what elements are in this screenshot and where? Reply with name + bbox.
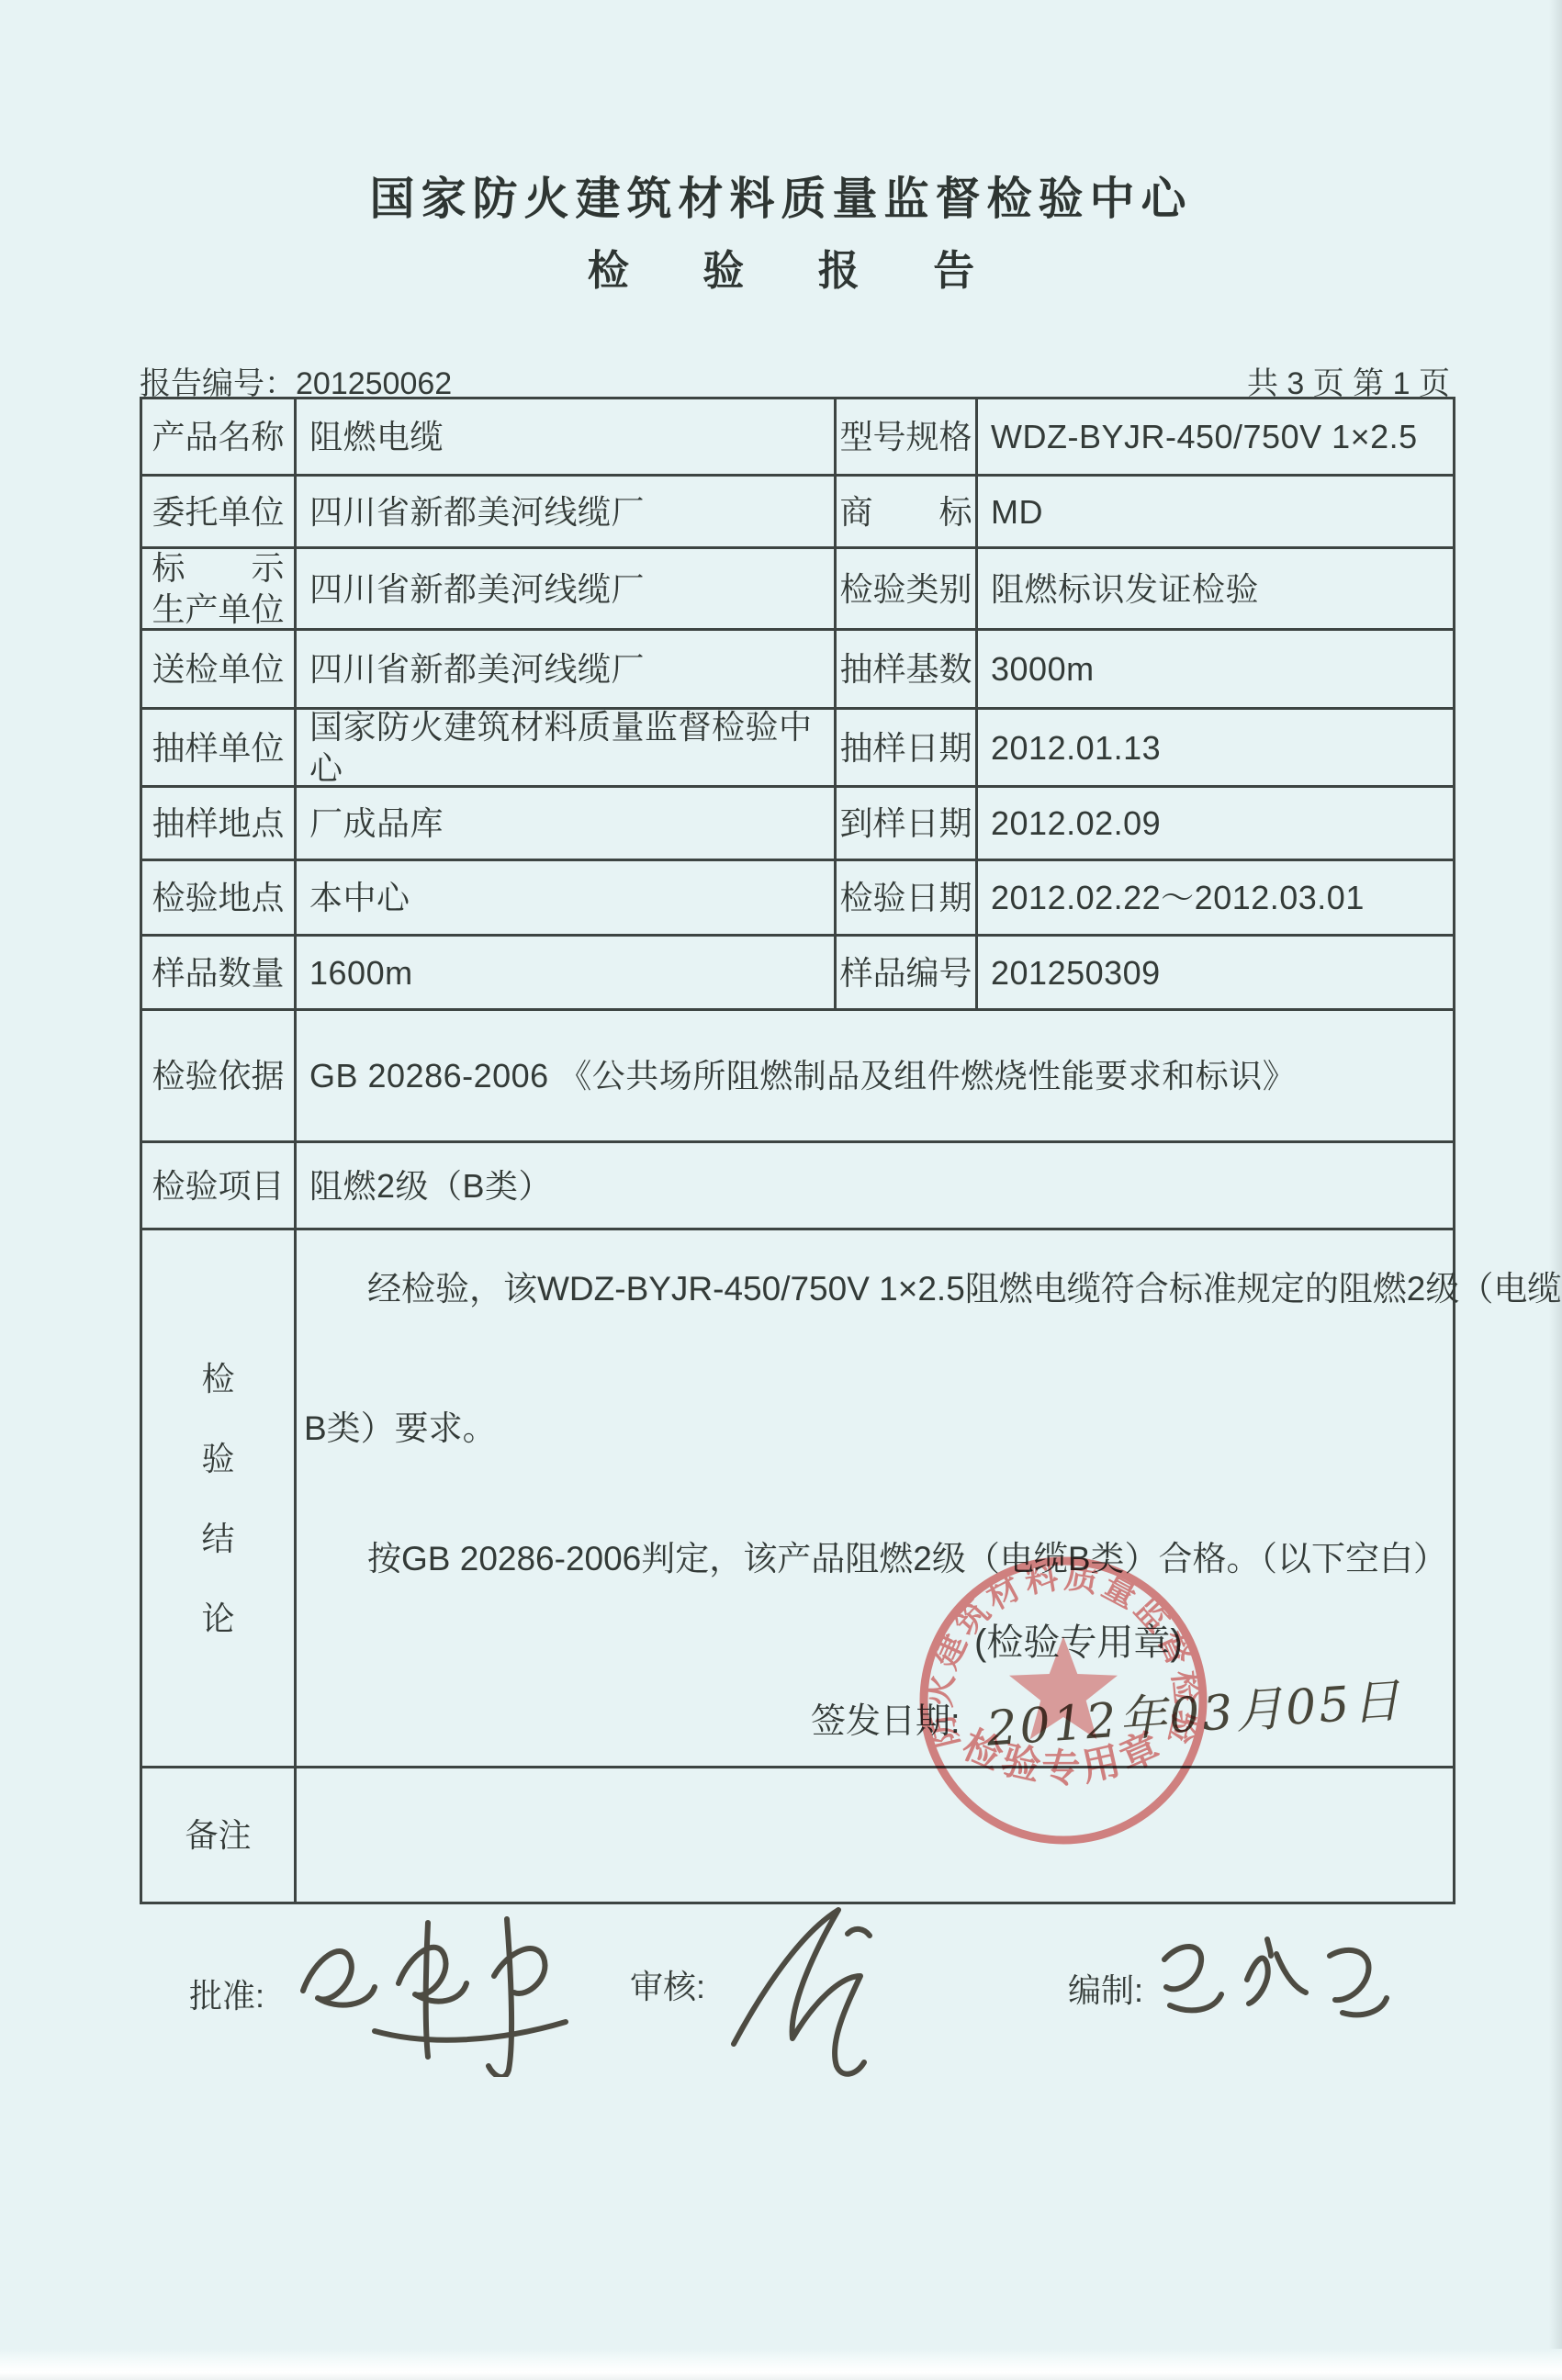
items-label: 检验项目	[142, 1143, 297, 1230]
cell-value: 阻燃标识发证检验	[978, 549, 1453, 631]
cell-value: 四川省新都美河线缆厂	[297, 549, 837, 631]
page-subtitle: 检 验 报 告	[0, 237, 1562, 297]
cell-value: 国家防火建筑材料质量监督检验中心	[297, 710, 837, 788]
remarks-value	[297, 1768, 1453, 1902]
remarks-label: 备注	[142, 1768, 297, 1902]
cell-value: 四川省新都美河线缆厂	[297, 477, 837, 549]
conclusion-body: 经检验，该WDZ-BYJR-450/750V 1×2.5阻燃电缆符合标准规定的阻…	[297, 1230, 1453, 1768]
cell-value: 3000m	[978, 631, 1453, 710]
conclusion-label: 检 验 结 论	[142, 1230, 297, 1768]
cell-label: 送检单位	[142, 631, 297, 710]
report-table: 产品名称 阻燃电缆 型号规格 WDZ-BYJR-450/750V 1×2.5 委…	[140, 397, 1455, 1904]
cell-label: 检验类别	[837, 549, 978, 631]
cell-label: 抽样日期	[837, 710, 978, 788]
cell-value: 四川省新都美河线缆厂	[297, 631, 837, 710]
prepare-label: 编制:	[1068, 1965, 1143, 2012]
review-label: 审核:	[630, 1961, 705, 2008]
cell-value: 本中心	[297, 861, 837, 937]
prepare-signature	[1150, 1928, 1398, 2034]
basis-label: 检验依据	[142, 1011, 297, 1143]
cell-value: 2012.02.09	[978, 788, 1453, 861]
approve-signature	[290, 1903, 593, 2077]
handwritten-issue-date: 2012年03月05日	[984, 1671, 1404, 1759]
cell-label: 样品编号	[837, 937, 978, 1011]
issue-date-label: 签发日期:	[811, 1701, 961, 1745]
cell-label: 样品数量	[142, 937, 297, 1011]
page-title: 国家防火建筑材料质量监督检验中心	[0, 163, 1562, 228]
items-value: 阻燃2级（B类）	[297, 1143, 1453, 1230]
cell-label: 检验地点	[142, 861, 297, 937]
cell-label: 抽样基数	[837, 631, 978, 710]
conclusion-line-1: 经检验，该WDZ-BYJR-450/750V 1×2.5阻燃电缆符合标准规定的阻…	[367, 1268, 1561, 1310]
cell-label: 标 示 生产单位	[142, 549, 297, 631]
cell-label: 产品名称	[142, 399, 297, 477]
conclusion-label-char: 结	[201, 1518, 234, 1559]
cell-value: 厂成品库	[297, 788, 837, 861]
cell-label: 抽样单位	[142, 710, 297, 788]
cell-label: 委托单位	[142, 477, 297, 549]
cell-value: 201250309	[978, 937, 1453, 1011]
stamp-note: (检验专用章)	[974, 1620, 1183, 1666]
cell-value: 阻燃电缆	[297, 399, 837, 477]
review-signature	[712, 1897, 914, 2081]
cell-value: 2012.02.22～2012.03.01	[978, 861, 1453, 937]
issue-date-line: 签发日期: 2012年03月05日	[811, 1701, 1402, 1746]
conclusion-label-char: 论	[201, 1598, 234, 1639]
cell-label: 到样日期	[837, 788, 978, 861]
approve-label: 批准:	[189, 1970, 264, 2017]
cell-label: 检验日期	[837, 861, 978, 937]
conclusion-line-2: B类）要求。	[304, 1408, 497, 1450]
cell-label: 商 标	[837, 477, 978, 549]
scan-edge-bottom	[0, 2349, 1562, 2380]
cell-value: 1600m	[297, 937, 837, 1011]
conclusion-label-char: 检	[201, 1358, 234, 1399]
cell-label: 抽样地点	[142, 788, 297, 861]
scanned-report-page: 国家防火建筑材料质量监督检验中心 检 验 报 告 报告编号：201250062 …	[0, 0, 1562, 2380]
conclusion-label-char: 验	[201, 1438, 234, 1479]
cell-value: 2012.01.13	[978, 710, 1453, 788]
conclusion-line-3: 按GB 20286-2006判定，该产品阻燃2级（电缆B类）合格。（以下空白）	[367, 1538, 1447, 1580]
cell-value: WDZ-BYJR-450/750V 1×2.5	[978, 399, 1453, 477]
cell-label: 型号规格	[837, 399, 978, 477]
scan-edge-right	[1549, 0, 1562, 2380]
basis-value: GB 20286-2006 《公共场所阻燃制品及组件燃烧性能要求和标识》	[297, 1011, 1453, 1143]
cell-value: MD	[978, 477, 1453, 549]
